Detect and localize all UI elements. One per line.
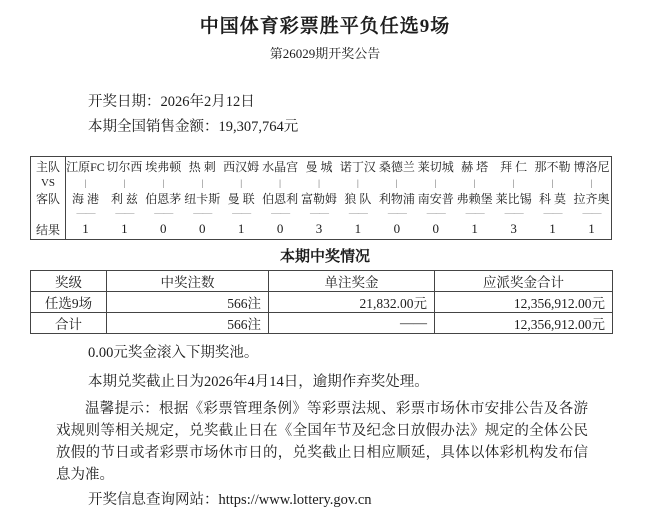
prize-row: 任选9场566注21,832.00元12,356,912.00元 bbox=[31, 292, 613, 313]
prize-total-cell: 12,356,912.00元 bbox=[435, 313, 613, 334]
prize-header-level: 奖级 bbox=[31, 271, 107, 292]
divider-dash: —— bbox=[466, 208, 484, 219]
home-team-cell: 水晶宫 bbox=[262, 157, 298, 176]
result-row-label: 结果 bbox=[36, 219, 60, 239]
home-team-cell: 桑德兰 bbox=[379, 157, 415, 176]
vs-separator: | bbox=[123, 176, 125, 189]
draw-date-line: 开奖日期：2026年2月12日 bbox=[88, 90, 255, 111]
away-team-cell: 富勒姆 bbox=[301, 189, 337, 208]
vs-separator: | bbox=[85, 176, 87, 189]
match-result-cell: 0 bbox=[160, 219, 167, 239]
match-result-cell: 1 bbox=[238, 219, 245, 239]
match-result-cell: 1 bbox=[355, 219, 362, 239]
prize-header-single: 单注奖金 bbox=[269, 271, 435, 292]
divider-dash: —— bbox=[193, 208, 211, 219]
divider-dash: —— bbox=[544, 208, 562, 219]
prize-single-cell: 21,832.00元 bbox=[269, 292, 435, 313]
tips-paragraph: 温馨提示：根据《彩票管理条例》等彩票法规、彩票市场休市安排公告及各游戏规则等相关… bbox=[56, 398, 588, 486]
home-team-cell: 埃弗顿 bbox=[145, 157, 181, 176]
divider-dash: —— bbox=[271, 208, 289, 219]
away-team-cell: 狼 队 bbox=[344, 189, 371, 208]
period-subtitle: 第26029期开奖公告 bbox=[0, 43, 650, 62]
home-team-cell: 博洛尼 bbox=[573, 157, 609, 176]
winning-section-title: 本期中奖情况 bbox=[0, 245, 650, 266]
match-column: 那不勒|科 莫——1 bbox=[533, 157, 572, 239]
vs-separator: | bbox=[474, 176, 476, 189]
match-column: 埃弗顿|伯恩茅——0 bbox=[144, 157, 183, 239]
away-row-label: 客队 bbox=[36, 189, 60, 208]
away-team-cell: 曼 联 bbox=[228, 189, 255, 208]
divider-dash: —— bbox=[115, 208, 133, 219]
vs-separator: | bbox=[279, 176, 281, 189]
match-result-cell: 0 bbox=[199, 219, 206, 239]
vs-separator: | bbox=[318, 176, 320, 189]
match-result-cell: 0 bbox=[433, 219, 440, 239]
match-column: 莱切城|南安普——0 bbox=[416, 157, 455, 239]
website-line: 开奖信息查询网站：https://www.lottery.gov.cn bbox=[88, 488, 372, 509]
vs-separator: | bbox=[513, 176, 515, 189]
match-column: 西汉姆|曼 联——1 bbox=[222, 157, 261, 239]
match-result-cell: 1 bbox=[82, 219, 89, 239]
home-row-label: 主队 bbox=[36, 157, 60, 176]
vs-separator: | bbox=[591, 176, 593, 189]
rollover-line: 0.00元奖金滚入下期奖池。 bbox=[88, 341, 258, 362]
divider-dash: —— bbox=[505, 208, 523, 219]
away-team-cell: 海 港 bbox=[72, 189, 99, 208]
match-result-cell: 0 bbox=[394, 219, 401, 239]
vs-separator: | bbox=[162, 176, 164, 189]
home-team-cell: 诺丁汉 bbox=[340, 157, 376, 176]
vs-separator: | bbox=[201, 176, 203, 189]
match-result-cell: 1 bbox=[121, 219, 128, 239]
away-team-cell: 利 兹 bbox=[111, 189, 138, 208]
home-team-cell: 切尔西 bbox=[106, 157, 142, 176]
prize-total-cell: 12,356,912.00元 bbox=[435, 292, 613, 313]
away-team-cell: 利物浦 bbox=[379, 189, 415, 208]
home-team-cell: 热 刺 bbox=[189, 157, 216, 176]
away-team-cell: 弗赖堡 bbox=[457, 189, 493, 208]
divider-dash: —— bbox=[232, 208, 250, 219]
home-team-cell: 拜 仁 bbox=[500, 157, 527, 176]
home-team-cell: 江原FC bbox=[66, 157, 105, 176]
divider-dash: —— bbox=[154, 208, 172, 219]
prize-header-total: 应派奖金合计 bbox=[435, 271, 613, 292]
divider-dash: —— bbox=[76, 208, 94, 219]
home-team-cell: 莱切城 bbox=[418, 157, 454, 176]
divider-dash: —— bbox=[388, 208, 406, 219]
home-team-cell: 那不勒 bbox=[535, 157, 571, 176]
away-team-cell: 拉齐奥 bbox=[573, 189, 609, 208]
prize-table: 奖级 中奖注数 单注奖金 应派奖金合计 任选9场566注21,832.00元12… bbox=[30, 270, 613, 334]
match-result-cell: 3 bbox=[510, 219, 517, 239]
match-columns: 江原FC|海 港——1切尔西|利 兹——1埃弗顿|伯恩茅——0热 刺|纽卡斯——… bbox=[66, 157, 611, 239]
prize-level-cell: 任选9场 bbox=[31, 292, 107, 313]
home-team-cell: 曼 城 bbox=[305, 157, 332, 176]
divider-dash: —— bbox=[310, 208, 328, 219]
away-team-cell: 伯恩茅 bbox=[145, 189, 181, 208]
home-team-cell: 赫 塔 bbox=[461, 157, 488, 176]
vs-separator: | bbox=[240, 176, 242, 189]
match-result-cell: 1 bbox=[549, 219, 556, 239]
divider-dash: —— bbox=[582, 208, 600, 219]
vs-separator: | bbox=[435, 176, 437, 189]
vs-separator: | bbox=[357, 176, 359, 189]
vs-separator: | bbox=[552, 176, 554, 189]
prize-count-cell: 566注 bbox=[107, 292, 269, 313]
away-team-cell: 伯恩利 bbox=[262, 189, 298, 208]
match-column: 曼 城|富勒姆——3 bbox=[300, 157, 339, 239]
prize-level-cell: 合计 bbox=[31, 313, 107, 334]
match-column: 水晶宫|伯恩利——0 bbox=[261, 157, 300, 239]
row-label-column: 主队 VS 客队 结果 bbox=[31, 157, 66, 239]
match-column: 热 刺|纽卡斯——0 bbox=[183, 157, 222, 239]
divider-dash: —— bbox=[427, 208, 445, 219]
match-column: 赫 塔|弗赖堡——1 bbox=[455, 157, 494, 239]
match-result-cell: 0 bbox=[277, 219, 284, 239]
match-results-table: 主队 VS 客队 结果 江原FC|海 港——1切尔西|利 兹——1埃弗顿|伯恩茅… bbox=[30, 156, 612, 240]
deadline-line: 本期兑奖截止日为2026年4月14日，逾期作弃奖处理。 bbox=[88, 370, 429, 391]
prize-single-cell: —— bbox=[269, 313, 435, 334]
match-column: 博洛尼|拉齐奥——1 bbox=[572, 157, 611, 239]
away-team-cell: 莱比锡 bbox=[496, 189, 532, 208]
divider-dash: —— bbox=[349, 208, 367, 219]
prize-row: 合计566注——12,356,912.00元 bbox=[31, 313, 613, 334]
prize-header-row: 奖级 中奖注数 单注奖金 应派奖金合计 bbox=[31, 271, 613, 292]
vs-row-label: VS bbox=[41, 176, 55, 189]
home-team-cell: 西汉姆 bbox=[223, 157, 259, 176]
page-title: 中国体育彩票胜平负任选9场 bbox=[0, 11, 650, 38]
match-column: 拜 仁|莱比锡——3 bbox=[494, 157, 533, 239]
away-team-cell: 南安普 bbox=[418, 189, 454, 208]
away-team-cell: 科 莫 bbox=[539, 189, 566, 208]
match-column: 桑德兰|利物浦——0 bbox=[377, 157, 416, 239]
match-column: 诺丁汉|狼 队——1 bbox=[338, 157, 377, 239]
match-result-cell: 1 bbox=[471, 219, 478, 239]
away-team-cell: 纽卡斯 bbox=[184, 189, 220, 208]
prize-count-cell: 566注 bbox=[107, 313, 269, 334]
match-result-cell: 1 bbox=[588, 219, 595, 239]
announcement-page: 中国体育彩票胜平负任选9场 第26029期开奖公告 开奖日期：2026年2月12… bbox=[0, 0, 650, 516]
match-column: 江原FC|海 港——1 bbox=[66, 157, 105, 239]
prize-header-count: 中奖注数 bbox=[107, 271, 269, 292]
vs-separator: | bbox=[396, 176, 398, 189]
match-result-cell: 3 bbox=[316, 219, 323, 239]
sales-amount-line: 本期全国销售金额：19,307,764元 bbox=[88, 115, 298, 136]
match-column: 切尔西|利 兹——1 bbox=[105, 157, 144, 239]
